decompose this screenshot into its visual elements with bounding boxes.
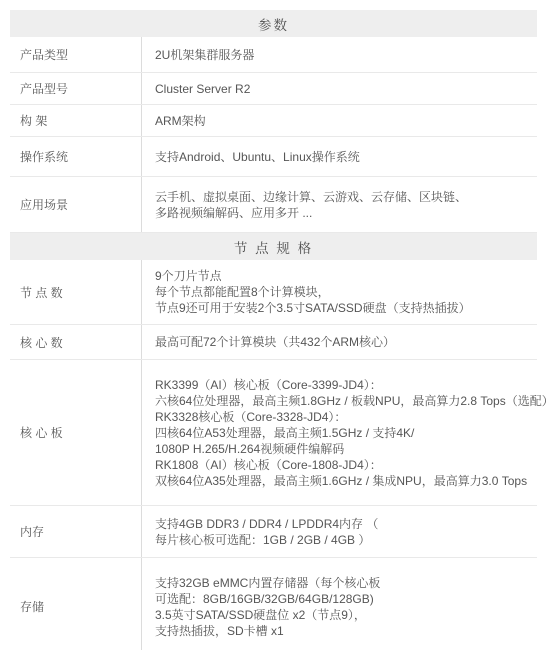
value-line: 双核64位A35处理器，最高主频1.6GHz / 集成NPU，最高算力3.0 T… xyxy=(155,473,550,489)
table-row: 应用场景云手机、虚拟桌面、边缘计算、云游戏、云存储、区块链、多路视频编解码、应用… xyxy=(10,177,537,233)
table-row: 节 点 数9个刀片节点每个节点都能配置8个计算模块，节点9还可用于安装2个3.5… xyxy=(10,260,537,325)
row-value: 支持32GB eMMC内置存储器（每个核心板可选配：8GB/16GB/32GB/… xyxy=(141,558,537,650)
row-label: 构 架 xyxy=(10,105,141,136)
value-line: RK1808（AI）核心板（Core-1808-JD4）： xyxy=(155,457,550,473)
value-line: 六核64位处理器，最高主频1.8GHz / 板载NPU，最高算力2.8 Tops… xyxy=(155,393,550,409)
row-label: 产品类型 xyxy=(10,37,141,72)
table-row: 产品类型2U机架集群服务器 xyxy=(10,37,537,73)
row-value: Cluster Server R2 xyxy=(141,73,537,104)
row-label: 产品型号 xyxy=(10,73,141,104)
row-value: 9个刀片节点每个节点都能配置8个计算模块，节点9还可用于安装2个3.5寸SATA… xyxy=(141,260,537,324)
row-label: 内存 xyxy=(10,506,141,557)
value-line: 四核64位A53处理器，最高主频1.5GHz / 支持4K/ xyxy=(155,425,550,441)
spec-section: 节 点 规 格节 点 数9个刀片节点每个节点都能配置8个计算模块，节点9还可用于… xyxy=(10,233,537,650)
table-row: 存储支持32GB eMMC内置存储器（每个核心板可选配：8GB/16GB/32G… xyxy=(10,558,537,650)
value-line: 2U机架集群服务器 xyxy=(155,47,531,63)
value-line: 每个节点都能配置8个计算模块， xyxy=(155,284,531,300)
row-value: RK3399（AI）核心板（Core-3399-JD4）：六核64位处理器，最高… xyxy=(141,360,550,505)
value-line: Cluster Server R2 xyxy=(155,81,531,97)
value-line: 可选配：8GB/16GB/32GB/64GB/128GB) xyxy=(155,591,531,607)
spec-section: 参数产品类型2U机架集群服务器产品型号Cluster Server R2构 架A… xyxy=(10,10,537,233)
table-row: 构 架ARM架构 xyxy=(10,105,537,137)
table-row: 内存支持4GB DDR3 / DDR4 / LPDDR4内存 （每片核心板可选配… xyxy=(10,506,537,558)
value-line: 节点9还可用于安装2个3.5寸SATA/SSD硬盘（支持热插拔） xyxy=(155,300,531,316)
row-label: 核 心 数 xyxy=(10,325,141,359)
value-line: 9个刀片节点 xyxy=(155,268,531,284)
row-label: 存储 xyxy=(10,558,141,650)
value-line: 支持4GB DDR3 / DDR4 / LPDDR4内存 （ xyxy=(155,516,531,532)
value-line: RK3399（AI）核心板（Core-3399-JD4）： xyxy=(155,377,550,393)
value-line: 支持热插拔，SD卡槽 x1 xyxy=(155,623,531,639)
value-line: 云手机、虚拟桌面、边缘计算、云游戏、云存储、区块链、 xyxy=(155,189,531,205)
value-line: 1080P H.265/H.264视频硬件编解码 xyxy=(155,441,550,457)
value-line: 每片核心板可选配：1GB / 2GB / 4GB ） xyxy=(155,532,531,548)
table-row: 产品型号Cluster Server R2 xyxy=(10,73,537,105)
row-value: 最高可配72个计算模块（共432个ARM核心） xyxy=(141,325,537,359)
row-value: 支持4GB DDR3 / DDR4 / LPDDR4内存 （每片核心板可选配：1… xyxy=(141,506,537,557)
table-row: 核 心 板RK3399（AI）核心板（Core-3399-JD4）：六核64位处… xyxy=(10,360,537,506)
section-header: 节 点 规 格 xyxy=(10,233,537,260)
value-line: 支持32GB eMMC内置存储器（每个核心板 xyxy=(155,575,531,591)
section-header: 参数 xyxy=(10,10,537,37)
table-row: 核 心 数最高可配72个计算模块（共432个ARM核心） xyxy=(10,325,537,360)
row-value: ARM架构 xyxy=(141,105,537,136)
row-value: 云手机、虚拟桌面、边缘计算、云游戏、云存储、区块链、多路视频编解码、应用多开 .… xyxy=(141,177,537,232)
value-line: 支持Android、Ubuntu、Linux操作系统 xyxy=(155,149,531,165)
row-label: 操作系统 xyxy=(10,137,141,176)
value-line: 3.5英寸SATA/SSD硬盘位 x2（节点9）， xyxy=(155,607,531,623)
value-line: RK3328核心板（Core-3328-JD4）： xyxy=(155,409,550,425)
row-value: 支持Android、Ubuntu、Linux操作系统 xyxy=(141,137,537,176)
row-value: 2U机架集群服务器 xyxy=(141,37,537,72)
row-label: 节 点 数 xyxy=(10,260,141,324)
row-label: 应用场景 xyxy=(10,177,141,232)
value-line: 最高可配72个计算模块（共432个ARM核心） xyxy=(155,334,531,350)
spec-sheet: 参数产品类型2U机架集群服务器产品型号Cluster Server R2构 架A… xyxy=(10,10,537,650)
row-label: 核 心 板 xyxy=(10,360,141,505)
table-row: 操作系统支持Android、Ubuntu、Linux操作系统 xyxy=(10,137,537,177)
value-line: 多路视频编解码、应用多开 ... xyxy=(155,205,531,221)
value-line: ARM架构 xyxy=(155,113,531,129)
